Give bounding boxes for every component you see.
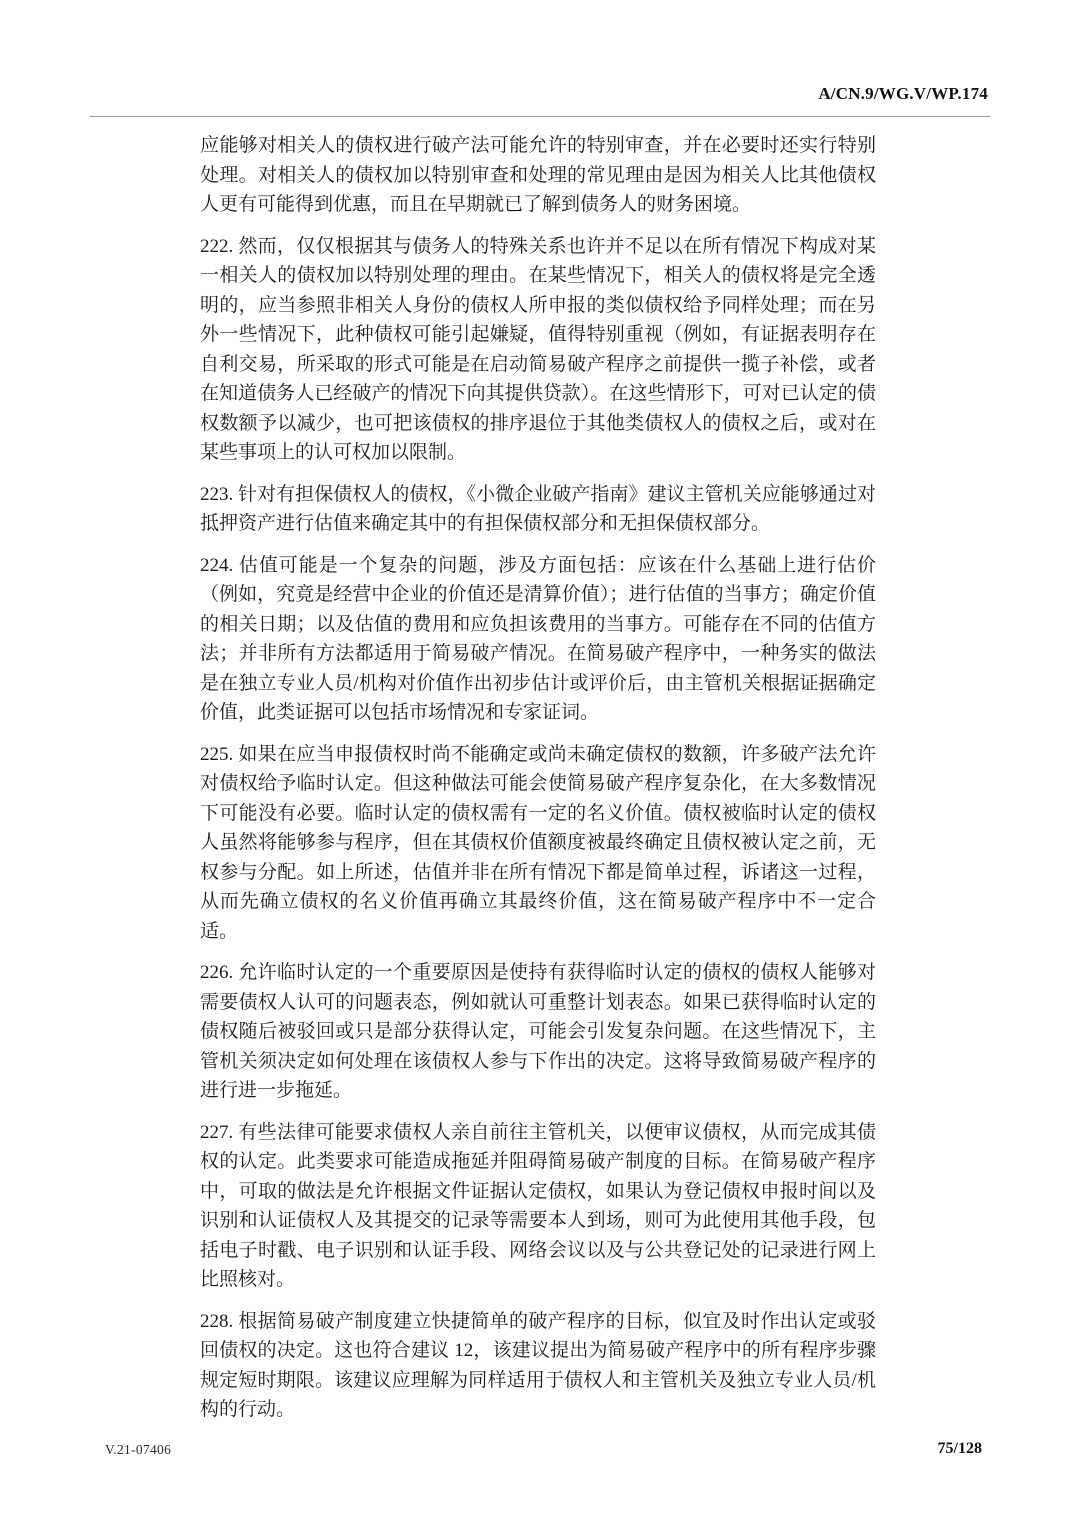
document-number: V.21-07406: [105, 1442, 171, 1458]
paragraph-228: 228. 根据简易破产制度建立快捷简单的破产程序的目标，似宜及时作出认定或驳回债…: [200, 1307, 876, 1425]
paragraph-224: 224. 估值可能是一个复杂的问题，涉及方面包括：应该在什么基础上进行估价（例如…: [200, 551, 876, 728]
page-header: A/CN.9/WG.V/WP.174: [90, 84, 988, 104]
document-page: A/CN.9/WG.V/WP.174 应能够对相关人的债权进行破产法可能允许的特…: [0, 0, 1080, 1526]
paragraph-225: 225. 如果在应当申报债权时尚不能确定或尚未确定债权的数额，许多破产法允许对债…: [200, 740, 876, 947]
document-body: 应能够对相关人的债权进行破产法可能允许的特别审查，并在必要时还实行特别处理。对相…: [200, 131, 876, 1437]
page-number: 75/128: [938, 1440, 982, 1458]
paragraph-226: 226. 允许临时认定的一个重要原因是使持有获得临时认定的债权的债权人能够对需要…: [200, 958, 876, 1106]
paragraph-223: 223. 针对有担保债权人的债权，《小微企业破产指南》建议主管机关应能够通过对抵…: [200, 480, 876, 539]
paragraph-227: 227. 有些法律可能要求债权人亲自前往主管机关，以便审议债权，从而完成其债权的…: [200, 1118, 876, 1295]
paragraph-continuation: 应能够对相关人的债权进行破产法可能允许的特别审查，并在必要时还实行特别处理。对相…: [200, 131, 876, 220]
paragraph-222: 222. 然而，仅仅根据其与债务人的特殊关系也许并不足以在所有情况下构成对某一相…: [200, 232, 876, 468]
header-divider: [90, 116, 990, 117]
document-symbol: A/CN.9/WG.V/WP.174: [818, 84, 988, 103]
